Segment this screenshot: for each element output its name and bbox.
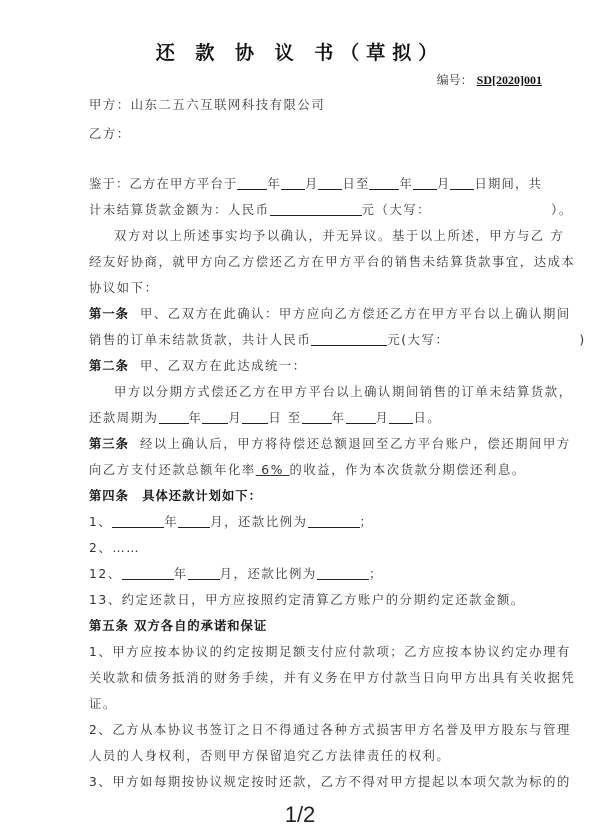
article-5-p2-line-2: 人员的人身权利，否则甲方保留追究乙方法律责任的权利。 <box>89 746 549 764</box>
article-1-line-2: 销售的订单未结款货款，共计人民币元(大写：) <box>89 330 549 348</box>
article-5-heading: 第五条 双方各自的承诺和保证 <box>89 616 549 634</box>
blank-field[interactable] <box>311 333 387 346</box>
intro-line-1: 双方对以上所述事实均予以确认，并无异议。基于以上所述，甲方与乙 方 <box>114 226 574 244</box>
interest-rate: 6% <box>256 463 290 477</box>
intro-line-3: 协议如下： <box>89 278 549 296</box>
blank-field[interactable] <box>369 177 399 190</box>
article-5-p1-line-1: 1、甲方应按本协议的约定按期足额支付应付款项；乙方应按本协议约定办理有 <box>89 642 549 660</box>
blank-field[interactable] <box>346 411 376 424</box>
intro-line-2: 经友好协商，就甲方向乙方偿还乙方在甲方平台的销售未结算货款事宜，达成本 <box>89 252 549 270</box>
plan-item-2: 2、…… <box>89 538 549 556</box>
blank-field[interactable] <box>237 177 267 190</box>
blank-field[interactable] <box>413 177 437 190</box>
blank-field[interactable] <box>318 177 342 190</box>
page-indicator: 1/2 <box>0 802 600 828</box>
article-3-heading: 第三条 <box>89 437 129 451</box>
blank-field[interactable] <box>202 411 228 424</box>
article-2-line-3: 还款周期为年月日 至年月日。 <box>89 408 549 426</box>
article-1-line-1: 第一条 甲、乙双方在此确认：甲方应向乙方偿还乙方在甲方平台以上确认期间 <box>89 304 549 322</box>
blank-field[interactable] <box>270 203 362 216</box>
article-3-line-2: 向乙方支付还款总额年化率 6% 的收益，作为本次货款分期偿还利息。 <box>89 460 549 478</box>
blank-field[interactable] <box>188 567 220 580</box>
party-a: 甲方：山东二五六互联网科技有限公司 <box>89 95 549 113</box>
blank-field[interactable] <box>308 515 360 528</box>
blank-field[interactable] <box>281 177 305 190</box>
party-a-value: 山东二五六互联网科技有限公司 <box>131 98 326 112</box>
blank-field[interactable] <box>389 411 413 424</box>
whereas-line-1: 鉴于：乙方在甲方平台于年月日至年月日期间，共 <box>89 174 549 192</box>
plan-item-1: 1、年月，还款比例为； <box>89 512 549 530</box>
blank-field[interactable] <box>178 515 210 528</box>
document-number-label: 编号： <box>437 73 473 87</box>
article-5-p1-line-2: 关收款和债务抵消的财务手续，并有义务在甲方付款当日向甲方出具有关收据凭 <box>89 668 549 686</box>
article-1-heading: 第一条 <box>89 307 129 321</box>
plan-item-13: 13、约定还款日，甲方应按照约定清算乙方账户的分期约定还款金额。 <box>89 590 549 608</box>
blank-field[interactable] <box>317 567 369 580</box>
document-number-value: SD[2020]001 <box>477 73 542 87</box>
blank-field[interactable] <box>159 411 189 424</box>
article-2-line-1: 第二条 甲、乙双方在此达成统一： <box>89 356 549 374</box>
whereas-line-2: 计未结算货款金额为：人民币元（大写：）。 <box>89 200 549 218</box>
party-b: 乙方： <box>89 124 549 142</box>
plan-item-12: 12、年月，还款比例为； <box>89 564 549 582</box>
blank-field[interactable] <box>122 567 174 580</box>
party-a-label: 甲方： <box>89 98 131 112</box>
article-4-heading: 第四条 具体还款计划如下： <box>89 486 549 504</box>
blank-field[interactable] <box>112 515 164 528</box>
blank-field[interactable] <box>450 177 474 190</box>
document-title: 还 款 协 议 书（草拟） <box>0 38 600 65</box>
article-5-p2-line-1: 2、乙方从本协议书签订之日不得通过各种方式损害甲方名誉及甲方股东与管理 <box>89 720 549 738</box>
article-2-heading: 第二条 <box>89 359 129 373</box>
article-5-p1-line-3: 证。 <box>89 694 549 712</box>
blank-field[interactable] <box>242 411 268 424</box>
document-page: 还 款 协 议 书（草拟） 编号：SD[2020]001 甲方：山东二五六互联网… <box>0 0 600 839</box>
article-2-line-2: 甲方以分期方式偿还乙方在甲方平台以上确认期间销售的订单未结算货款， <box>114 382 574 400</box>
blank-field[interactable] <box>302 411 332 424</box>
article-3-line-1: 第三条 经以上确认后，甲方将待偿还总额退回至乙方平台账户，偿还期间甲方 <box>89 434 549 452</box>
article-5-p3-line-1: 3、甲方如每期按协议规定按时还款，乙方不得对甲方提起以本项欠款为标的的 <box>89 772 549 790</box>
document-number: 编号：SD[2020]001 <box>437 71 542 88</box>
party-b-label: 乙方： <box>89 127 131 141</box>
